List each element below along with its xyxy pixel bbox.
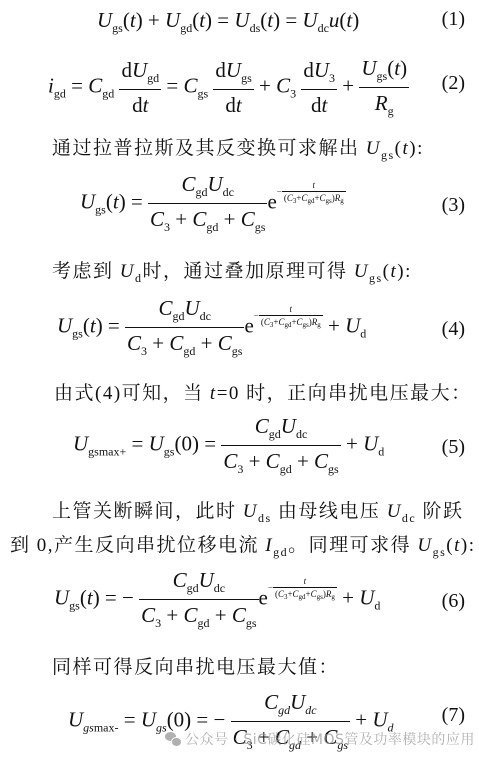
wechat-icon [165,732,181,745]
equation-4: Ugs(t) = CgdUdcC3 + Cgd + Cgse−t(C3+Cgd+… [0,296,479,366]
equation-5: Ugsmax+ = Ugs(0) = CgdUdcC3 + Cgd + Cgs … [0,414,479,484]
equation-number: (4) [442,318,465,341]
equation-number: (1) [442,8,465,31]
equation-6: Ugs(t) = − CgdUdcC3 + Cgd + Cgse−t(C3+Cg… [0,568,479,638]
equation-3: Ugs(t) = CgdUdcC3 + Cgd + Cgse−t(C3+Cgd+… [0,172,479,242]
equation-number: (2) [442,72,465,95]
equation-2: igd = Cgd dUgddt = Cgs dUgsdt + C3 dU3dt… [0,52,479,122]
equation-number: (6) [442,590,465,613]
equation-number: (3) [442,194,465,217]
equation-number: (5) [442,436,465,459]
watermark: 公众号 · SiC碳化硅MOS管及功率模块的应用 [165,729,475,749]
equation-number: (7) [442,704,465,727]
